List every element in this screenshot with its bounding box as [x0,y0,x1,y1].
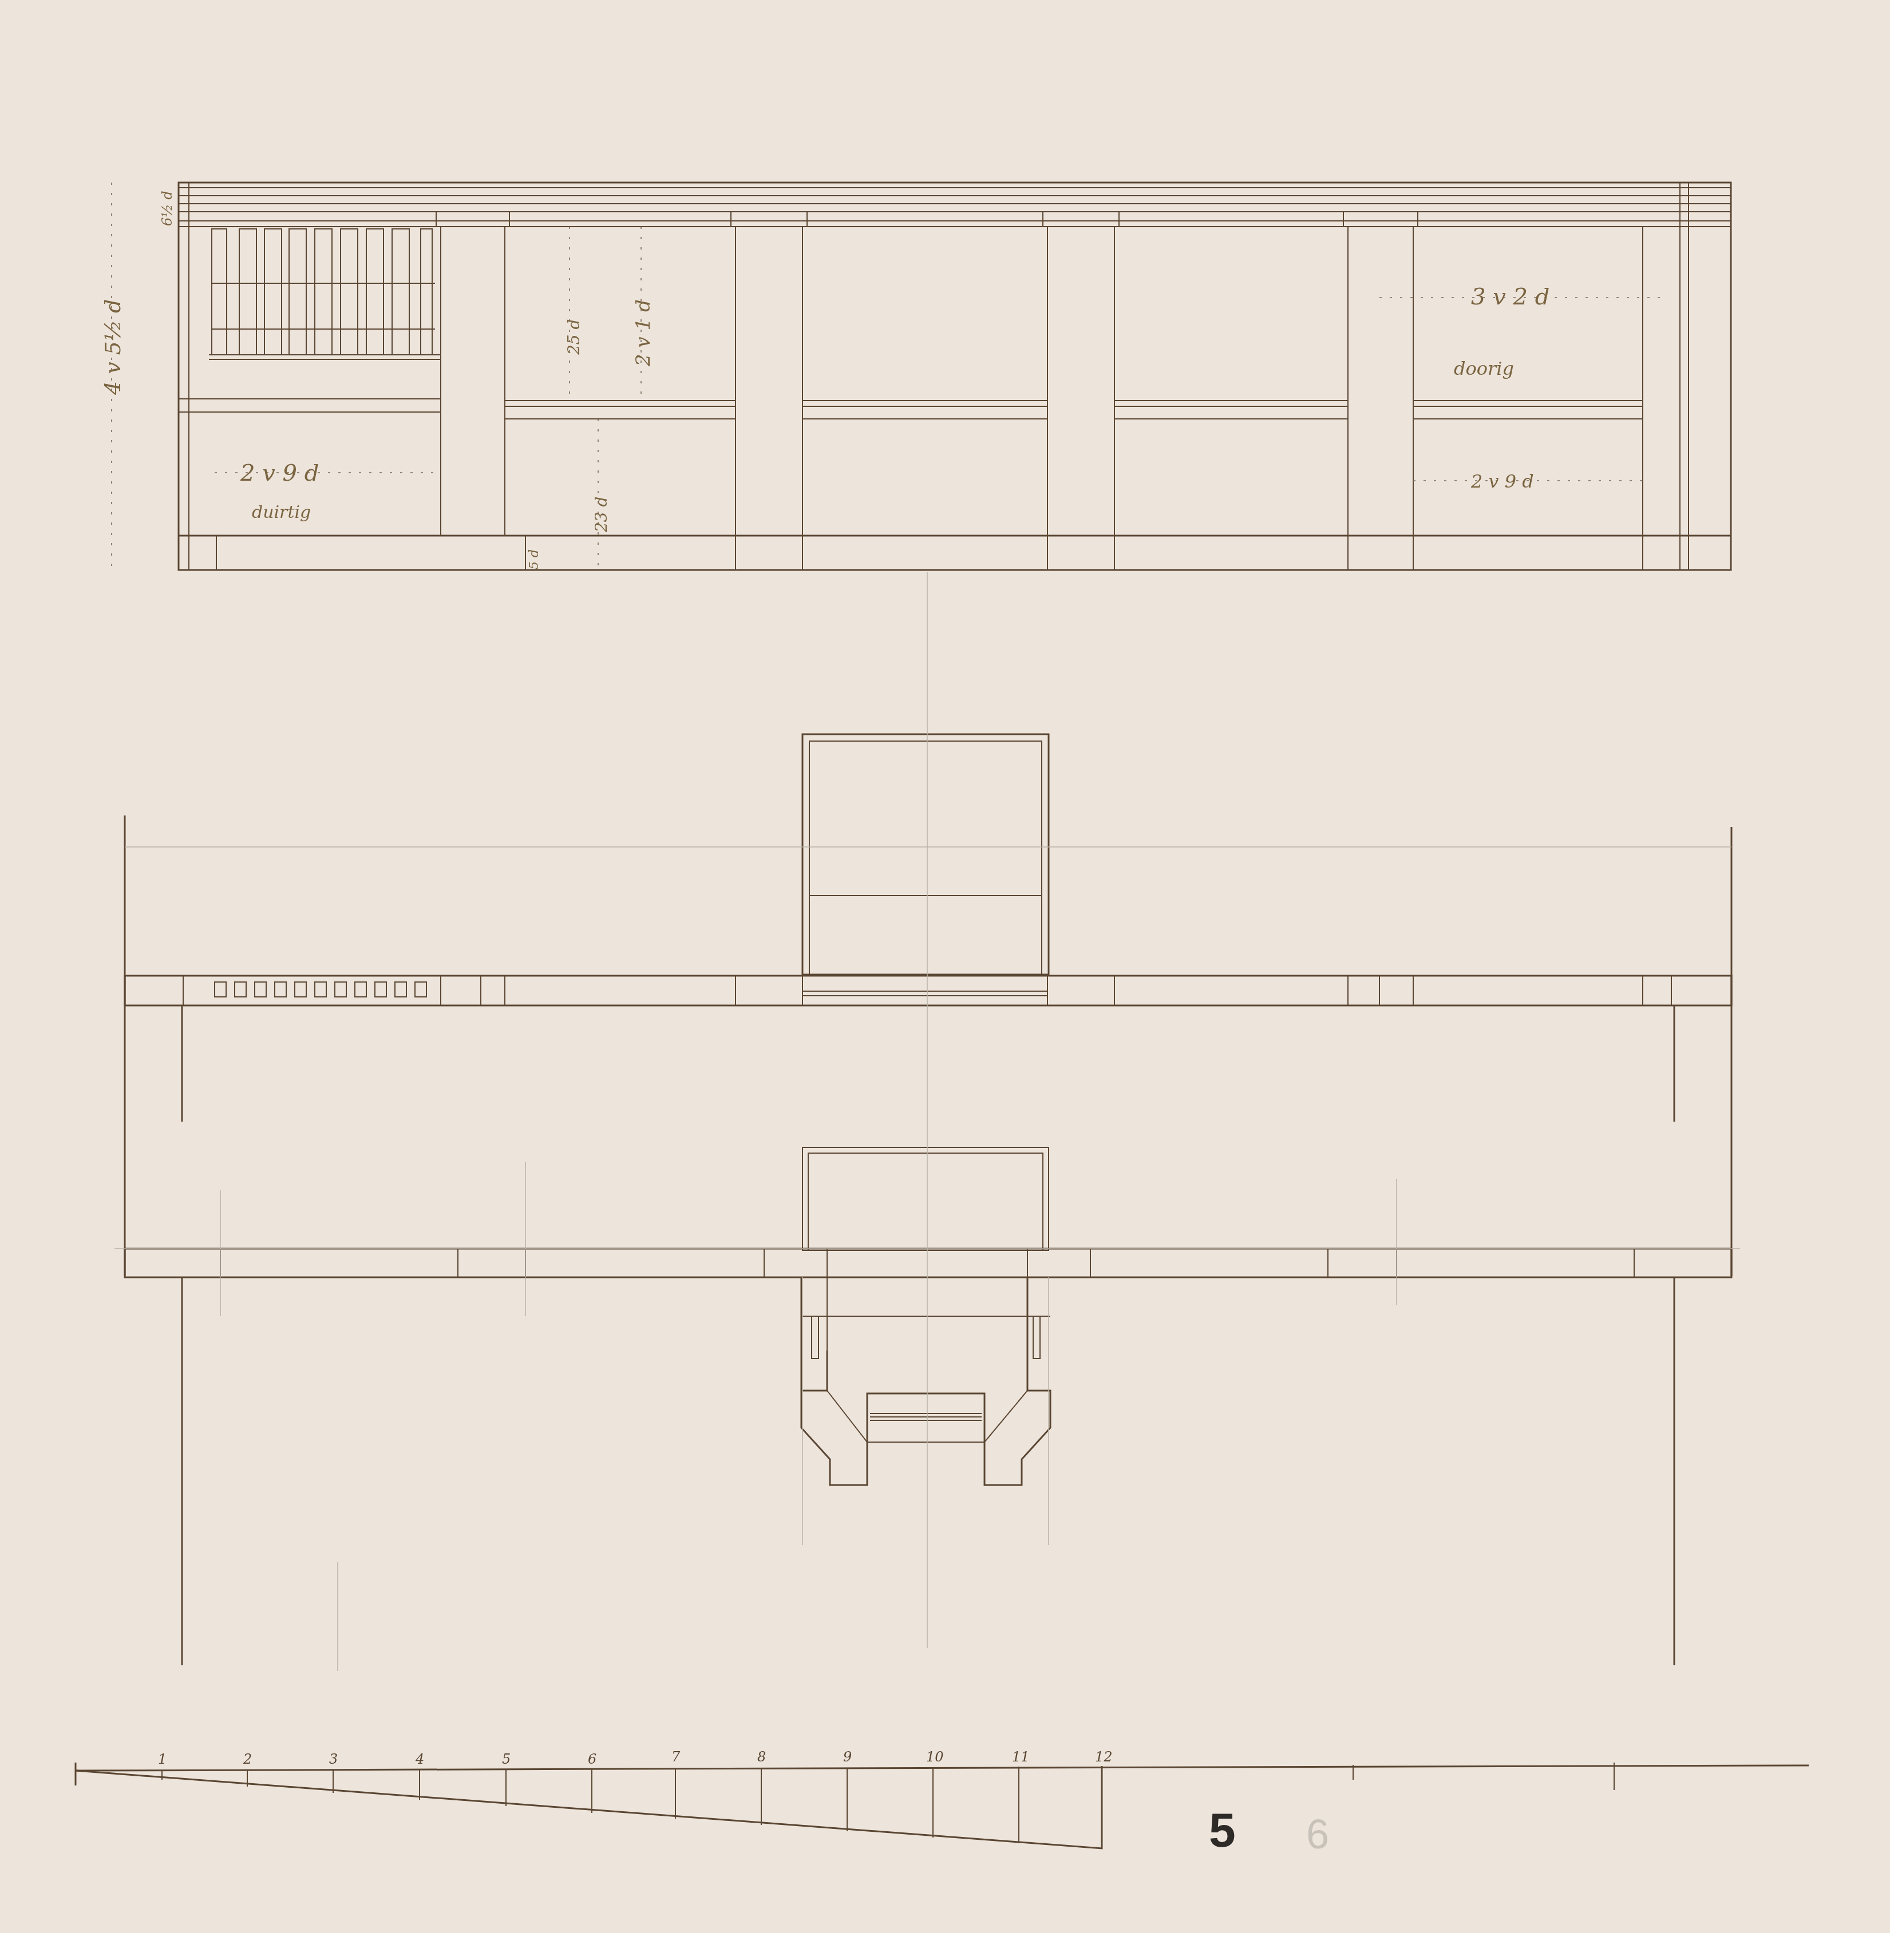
svg-text:3: 3 [329,1751,338,1767]
dado-rail [505,401,1643,419]
architectural-drawing: 4 v 5½ d 6½ d 2 v 9 d duirtig 25 d 2 v 1… [0,0,1890,1960]
right-bay-upper-width: 3 v 2 d [1471,284,1549,310]
octagonal-bay [801,1277,1050,1485]
upper-panel-height: 25 d [564,319,583,355]
upper-bay-outline [802,734,1049,975]
balustrade-width-dimension: 2 v 9 d [240,460,319,486]
balustrade-note: duirtig [252,502,311,522]
plan-upper [125,734,1731,1276]
sheet-number: 5 [1209,1803,1236,1858]
right-bay-note: doorig [1454,358,1514,379]
svg-text:10: 10 [926,1749,944,1765]
construction-lines [114,572,1740,1671]
elevation: 4 v 5½ d 6½ d 2 v 9 d duirtig 25 d 2 v 1… [100,183,1731,570]
right-bay-lower-width: 2 v 9 d [1470,470,1534,492]
svg-text:7: 7 [671,1749,681,1765]
svg-text:11: 11 [1012,1749,1030,1765]
svg-text:9: 9 [843,1749,852,1765]
faint-sheet-number: 6 [1306,1811,1329,1858]
svg-text:4: 4 [415,1751,424,1767]
height-dimension: 4 v 5½ d [100,299,125,395]
svg-text:5: 5 [502,1751,511,1767]
svg-text:6: 6 [588,1751,596,1767]
upper-panel-total: 2 v 1 d [632,299,655,367]
scale-ticks: 1 2 3 4 5 6 7 8 9 10 11 12 [158,1749,1113,1767]
lower-panel-height: 23 d [592,497,611,533]
cornice-dimension: 6½ d [159,191,175,226]
svg-text:1: 1 [158,1751,167,1767]
svg-text:8: 8 [757,1749,766,1765]
plan-lower [125,1147,1731,1665]
plan-band-lower [125,1249,1731,1277]
svg-text:12: 12 [1095,1749,1113,1765]
balustrade [179,227,441,536]
elevation-annotations: 4 v 5½ d 6½ d 2 v 9 d duirtig 25 d 2 v 1… [100,191,1549,569]
svg-text:2: 2 [243,1751,252,1767]
scale-bar: 1 2 3 4 5 6 7 8 9 10 11 12 [76,1749,1809,1848]
plinth-height: 5 d [527,549,541,569]
